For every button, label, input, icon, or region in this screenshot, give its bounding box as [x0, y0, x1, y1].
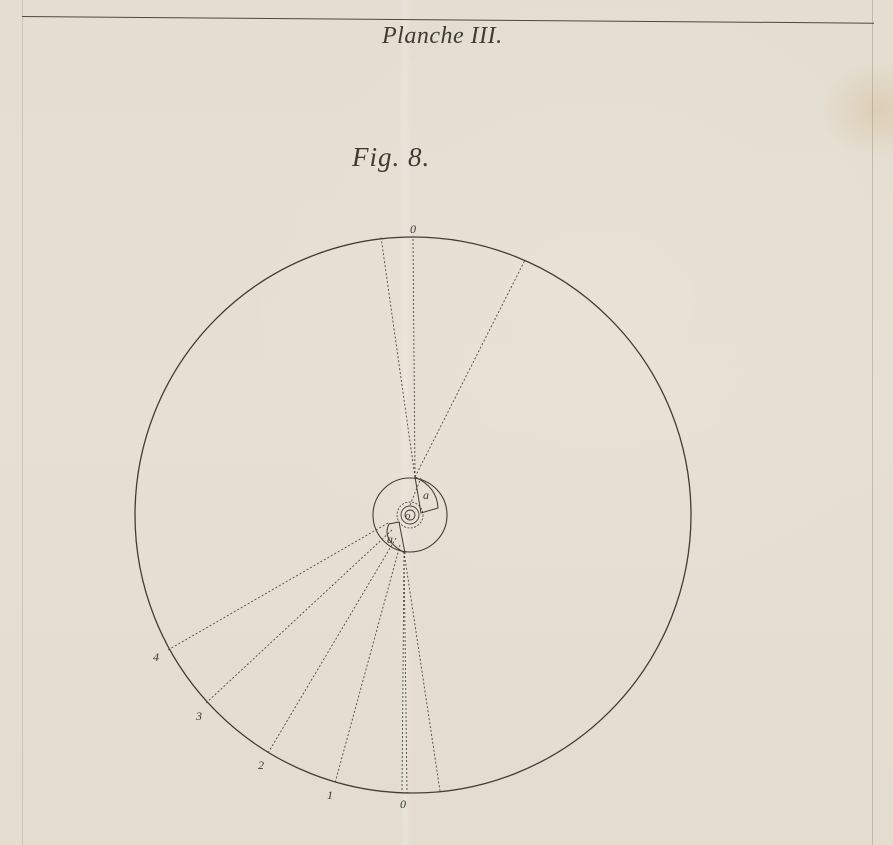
rim-label-1: 1: [327, 788, 333, 802]
lower-rays: [168, 523, 440, 793]
inner-label-upper-a: a: [423, 488, 429, 502]
rim-label-4: 4: [153, 650, 159, 664]
rim-label-bottom-0: 0: [400, 797, 406, 811]
engraved-plate-page: Planche III. Fig. 8.: [0, 0, 893, 845]
rim-label-3: 3: [195, 709, 202, 723]
outer-circle: [135, 237, 691, 793]
rim-label-top-0: 0: [410, 222, 416, 236]
figure-8-diagram: o a a 0 0 1 2 3 4: [0, 0, 893, 845]
center-label: o: [405, 510, 411, 522]
rim-label-2: 2: [258, 758, 264, 772]
upper-rays: [381, 237, 525, 505]
inner-label-lower-a: a: [387, 532, 393, 546]
